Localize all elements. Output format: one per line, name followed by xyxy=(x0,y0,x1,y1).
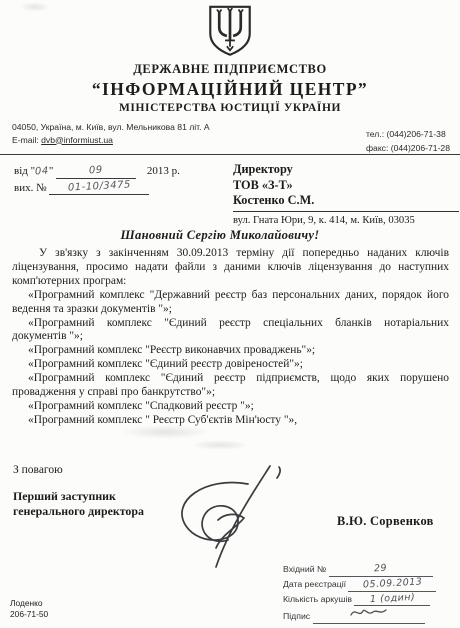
outgoing-number-label: вих. № xyxy=(14,182,47,194)
stamp-signature-row: Підпис xyxy=(283,606,436,624)
phone-value: (044)206-71-38 xyxy=(386,129,445,139)
stamp-registration-date: Дата реєстрації 05.09.2013 xyxy=(283,577,436,592)
stamp-signature-label: Підпис xyxy=(283,611,310,621)
letterhead: ДЕРЖАВНЕ ПІДПРИЄМСТВО “ІНФОРМАЦІЙНИЙ ЦЕН… xyxy=(0,62,460,115)
fax-value: (044)206-71-28 xyxy=(391,143,450,153)
date-label: від " xyxy=(14,165,35,177)
org-parent: МІНІСТЕРСТВА ЮСТИЦІЇ УКРАЇНИ xyxy=(0,101,460,115)
scan-smudge xyxy=(20,2,50,12)
date-label-close: " xyxy=(49,165,54,177)
list-item: «Програмний комплекс "Єдиний реєстр спец… xyxy=(12,317,449,345)
reference-block: від "04" 09 2013 р. вих. № 01-10/3475 xyxy=(14,163,180,195)
stamp-sheet-count: Кількість аркушів 1 (один) xyxy=(283,592,436,607)
recipient-name: Костенко С.М. xyxy=(233,193,459,209)
recipient-address: вул. Гната Юри, 9, к. 414, м. Київ, 0303… xyxy=(233,211,459,229)
signer-name: В.Ю. Сорвенков xyxy=(337,514,434,529)
ref-number-line: вих. № 01-10/3475 xyxy=(14,179,180,195)
incoming-stamp-block: Вхідний № 29 Дата реєстрації 05.09.2013 … xyxy=(283,562,436,624)
handwritten-signature xyxy=(152,462,302,572)
org-address-block: 04050, Україна, м. Київ, вул. Мельникова… xyxy=(12,121,210,146)
email-label: E-mail: xyxy=(12,135,41,145)
sheet-count-label: Кількість аркушів xyxy=(283,594,352,604)
org-address: 04050, Україна, м. Київ, вул. Мельникова… xyxy=(12,121,210,134)
date-year: 2013 р. xyxy=(147,165,180,177)
recipient-block: Директору ТОВ «З-Т» Костенко С.М. вул. Г… xyxy=(233,162,459,228)
executor-block: Лоденко 206-71-50 xyxy=(10,598,48,619)
executor-name: Лоденко xyxy=(10,598,48,609)
list-item: «Програмний комплекс "Спадковий реєстр "… xyxy=(12,400,449,414)
date-month-handwritten: 09 xyxy=(89,164,103,179)
list-item: «Програмний комплекс "Єдиний реєстр дові… xyxy=(12,358,449,372)
sheet-count-handwritten: 1 (один) xyxy=(369,590,415,606)
date-day-handwritten: 04 xyxy=(35,165,49,180)
phone-label: тел.: xyxy=(366,129,387,139)
ref-date-line: від "04" 09 2013 р. xyxy=(14,163,180,179)
incoming-number-label: Вхідний № xyxy=(283,564,326,574)
fax-label: факс: xyxy=(366,143,391,153)
letter-body: У зв'язку з закінченням 30.09.2013 термі… xyxy=(12,247,449,428)
closing-regards: З повагою xyxy=(13,464,63,476)
recipient-company: ТОВ «З-Т» xyxy=(233,178,459,194)
salutation: Шановний Сергію Миколайовичу! xyxy=(0,228,440,243)
incoming-number-handwritten: 29 xyxy=(374,562,388,576)
org-type: ДЕРЖАВНЕ ПІДПРИЄМСТВО xyxy=(0,62,460,78)
stamp-incoming-number: Вхідний № 29 xyxy=(283,562,436,577)
scanned-letter-page: ДЕРЖАВНЕ ПІДПРИЄМСТВО “ІНФОРМАЦІЙНИЙ ЦЕН… xyxy=(0,0,460,628)
registration-date-handwritten: 05.09.2013 xyxy=(362,575,422,592)
stamp-signature-squiggle xyxy=(349,606,389,618)
list-item: «Програмний комплекс " Реєстр Суб'єктів … xyxy=(12,414,449,428)
org-email-line: E-mail: dvb@informiust.ua xyxy=(12,134,210,147)
outgoing-number-handwritten: 01-10/3475 xyxy=(68,178,132,195)
signer-title-line2: генерального директора xyxy=(13,504,144,519)
phone-line: тел.: (044)206-71-38 xyxy=(366,127,450,141)
list-item: «Програмний комплекс "Єдиний реєстр підп… xyxy=(12,372,449,400)
signer-title-line1: Перший заступник xyxy=(13,489,144,504)
executor-phone: 206-71-50 xyxy=(10,609,48,620)
recipient-title: Директору xyxy=(233,162,459,178)
ukraine-trident-emblem-icon xyxy=(202,5,258,57)
email-value: dvb@informiust.ua xyxy=(41,135,113,145)
fax-line: факс: (044)206-71-28 xyxy=(366,141,450,155)
org-contacts-block: тел.: (044)206-71-38 факс: (044)206-71-2… xyxy=(366,127,450,155)
registration-date-label: Дата реєстрації xyxy=(283,579,346,589)
scan-smudge xyxy=(190,440,250,450)
signer-title: Перший заступник генерального директора xyxy=(13,489,144,519)
list-item: «Програмний комплекс "Реєстр виконавчих … xyxy=(12,344,449,358)
header-divider xyxy=(0,154,460,155)
list-item: «Програмний комплекс "Державний реєстр б… xyxy=(12,289,449,317)
body-intro: У зв'язку з закінченням 30.09.2013 термі… xyxy=(12,247,449,289)
org-name: “ІНФОРМАЦІЙНИЙ ЦЕНТР” xyxy=(0,79,460,101)
